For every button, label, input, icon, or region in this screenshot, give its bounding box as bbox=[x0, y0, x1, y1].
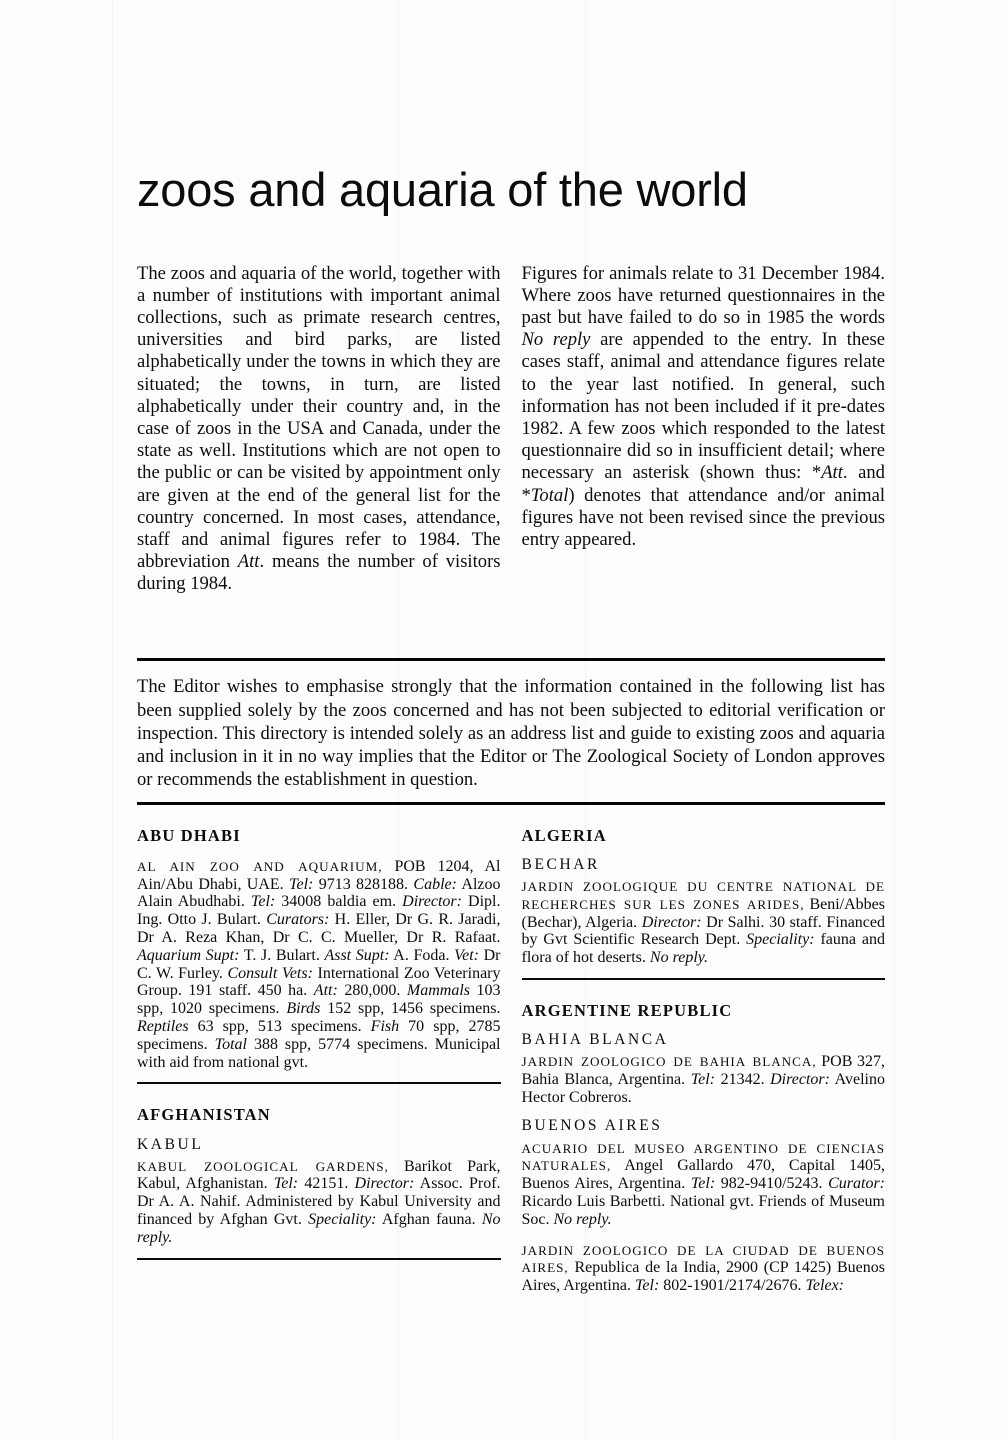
intro-paragraph-left: The zoos and aquaria of the world, toget… bbox=[137, 263, 501, 596]
body-text-run: 982-9410/5243. bbox=[715, 1175, 828, 1192]
intro-section: The zoos and aquaria of the world, toget… bbox=[137, 244, 885, 614]
editor-note: The Editor wishes to emphasise strongly … bbox=[137, 675, 885, 791]
body-text-run: 42151. bbox=[298, 1175, 354, 1192]
directory-column-right: ALGERIA BECHAR JARDIN ZOOLOGIQUE DU CENT… bbox=[522, 805, 886, 1295]
field-label-italic: No reply. bbox=[650, 949, 708, 966]
body-text-run: T. J. Bulart. bbox=[239, 947, 324, 964]
zoo-name-caps: AL AIN ZOO AND AQUARIUM, bbox=[137, 859, 383, 874]
body-text-run: 802-1901/2174/2676. bbox=[659, 1277, 805, 1294]
directory-column-left: ABU DHABI AL AIN ZOO AND AQUARIUM, POB 1… bbox=[137, 805, 501, 1295]
field-label-italic: Director: bbox=[355, 1175, 415, 1192]
field-label-italic: Fish bbox=[371, 1018, 399, 1035]
zoo-name-caps: KABUL ZOOLOGICAL GARDENS, bbox=[137, 1159, 389, 1174]
body-text-run: 280,000. bbox=[338, 982, 407, 999]
page-title: zoos and aquaria of the world bbox=[137, 166, 885, 213]
field-label-italic: Cable: bbox=[413, 876, 457, 893]
book-page: zoos and aquaria of the world The zoos a… bbox=[0, 0, 1008, 1440]
field-label-italic: Total bbox=[531, 485, 569, 506]
field-label-italic: Att bbox=[238, 551, 260, 572]
field-label-italic: Asst Supt: bbox=[324, 947, 389, 964]
country-heading-argentine-republic: ARGENTINE REPUBLIC bbox=[522, 1002, 886, 1020]
field-label-italic: Tel: bbox=[274, 1175, 298, 1192]
scan-artifact-line bbox=[112, 0, 113, 1440]
field-label-italic: Telex: bbox=[806, 1277, 845, 1294]
directory-listing: ABU DHABI AL AIN ZOO AND AQUARIUM, POB 1… bbox=[137, 805, 885, 1295]
field-label-italic: Tel: bbox=[289, 876, 313, 893]
body-text-run: 63 spp, 513 specimens. bbox=[189, 1018, 371, 1035]
field-label-italic: Att bbox=[821, 462, 843, 483]
country-heading-algeria: ALGERIA bbox=[522, 827, 886, 845]
body-text-run: ) denotes that attendance and/or animal … bbox=[522, 485, 886, 550]
field-label-italic: Director: bbox=[770, 1071, 830, 1088]
intro-paragraph-right: Figures for animals relate to 31 Decembe… bbox=[522, 263, 886, 596]
field-label-italic: No reply. bbox=[554, 1211, 612, 1228]
zoo-entry-jardin-zoologique-bechar: JARDIN ZOOLOGIQUE DU CENTRE NATIONAL DE … bbox=[522, 878, 886, 967]
field-label-italic: Total bbox=[215, 1036, 247, 1053]
field-label-italic: Curator: bbox=[828, 1175, 885, 1192]
body-text-run: A. Foda. bbox=[390, 947, 455, 964]
field-label-italic: Vet: bbox=[454, 947, 479, 964]
zoo-name-caps: JARDIN ZOOLOGICO DE BAHIA BLANCA, bbox=[522, 1054, 817, 1069]
entry-divider bbox=[522, 978, 886, 980]
field-label-italic: Birds bbox=[286, 1000, 320, 1017]
body-text-run: Figures for animals relate to 31 Decembe… bbox=[522, 263, 886, 328]
field-label-italic: Tel: bbox=[635, 1277, 659, 1294]
body-text-run: Afghan fauna. bbox=[377, 1211, 482, 1228]
zoo-entry-jardin-buenos-aires: JARDIN ZOOLOGICO DE LA CIUDAD DE BUENOS … bbox=[522, 1242, 886, 1295]
field-label-italic: Consult Vets: bbox=[227, 965, 312, 982]
field-label-italic: No reply bbox=[522, 329, 591, 350]
body-text-run: 34008 baldia em. bbox=[275, 893, 402, 910]
field-label-italic: Tel: bbox=[691, 1071, 715, 1088]
body-text-run: are appended to the entry. In these case… bbox=[522, 329, 886, 483]
field-label-italic: Director: bbox=[402, 893, 462, 910]
city-heading-buenos-aires: BUENOS AIRES bbox=[522, 1117, 886, 1134]
field-label-italic: Speciality: bbox=[746, 931, 814, 948]
field-label-italic: Tel: bbox=[251, 893, 275, 910]
zoo-entry-acuario-museo-argentino: ACUARIO DEL MUSEO ARGENTINO DE CIENCIAS … bbox=[522, 1140, 886, 1229]
field-label-italic: Aquarium Supt: bbox=[137, 947, 239, 964]
field-label-italic: Mammals bbox=[407, 982, 470, 999]
entry-divider bbox=[137, 1082, 501, 1084]
body-text-run: 21342. bbox=[715, 1071, 770, 1088]
field-label-italic: Att: bbox=[314, 982, 338, 999]
city-heading-bahia-blanca: BAHIA BLANCA bbox=[522, 1031, 886, 1048]
zoo-entry-al-ain: AL AIN ZOO AND AQUARIUM, POB 1204, Al Ai… bbox=[137, 858, 501, 1072]
body-text-run: 9713 828188. bbox=[313, 876, 413, 893]
page-content: zoos and aquaria of the world The zoos a… bbox=[137, 0, 885, 1295]
country-heading-abu-dhabi: ABU DHABI bbox=[137, 827, 501, 845]
section-divider-top bbox=[137, 658, 885, 661]
city-heading-bechar: BECHAR bbox=[522, 856, 886, 873]
field-label-italic: Tel: bbox=[691, 1175, 715, 1192]
field-label-italic: Director: bbox=[642, 914, 702, 931]
field-label-italic: Speciality: bbox=[308, 1211, 376, 1228]
field-label-italic: Curators: bbox=[266, 911, 329, 928]
scan-artifact-line bbox=[894, 0, 895, 1440]
city-heading-kabul: KABUL bbox=[137, 1136, 501, 1153]
zoo-entry-jardin-bahia-blanca: JARDIN ZOOLOGICO DE BAHIA BLANCA, POB 32… bbox=[522, 1053, 886, 1106]
entry-divider bbox=[137, 1258, 501, 1260]
country-heading-afghanistan: AFGHANISTAN bbox=[137, 1106, 501, 1124]
zoo-entry-kabul-zoological-gardens: KABUL ZOOLOGICAL GARDENS, Barikot Park, … bbox=[137, 1158, 501, 1247]
field-label-italic: Reptiles bbox=[137, 1018, 189, 1035]
body-text-run: 152 spp, 1456 specimens. bbox=[320, 1000, 500, 1017]
body-text-run: The zoos and aquaria of the world, toget… bbox=[137, 263, 501, 573]
